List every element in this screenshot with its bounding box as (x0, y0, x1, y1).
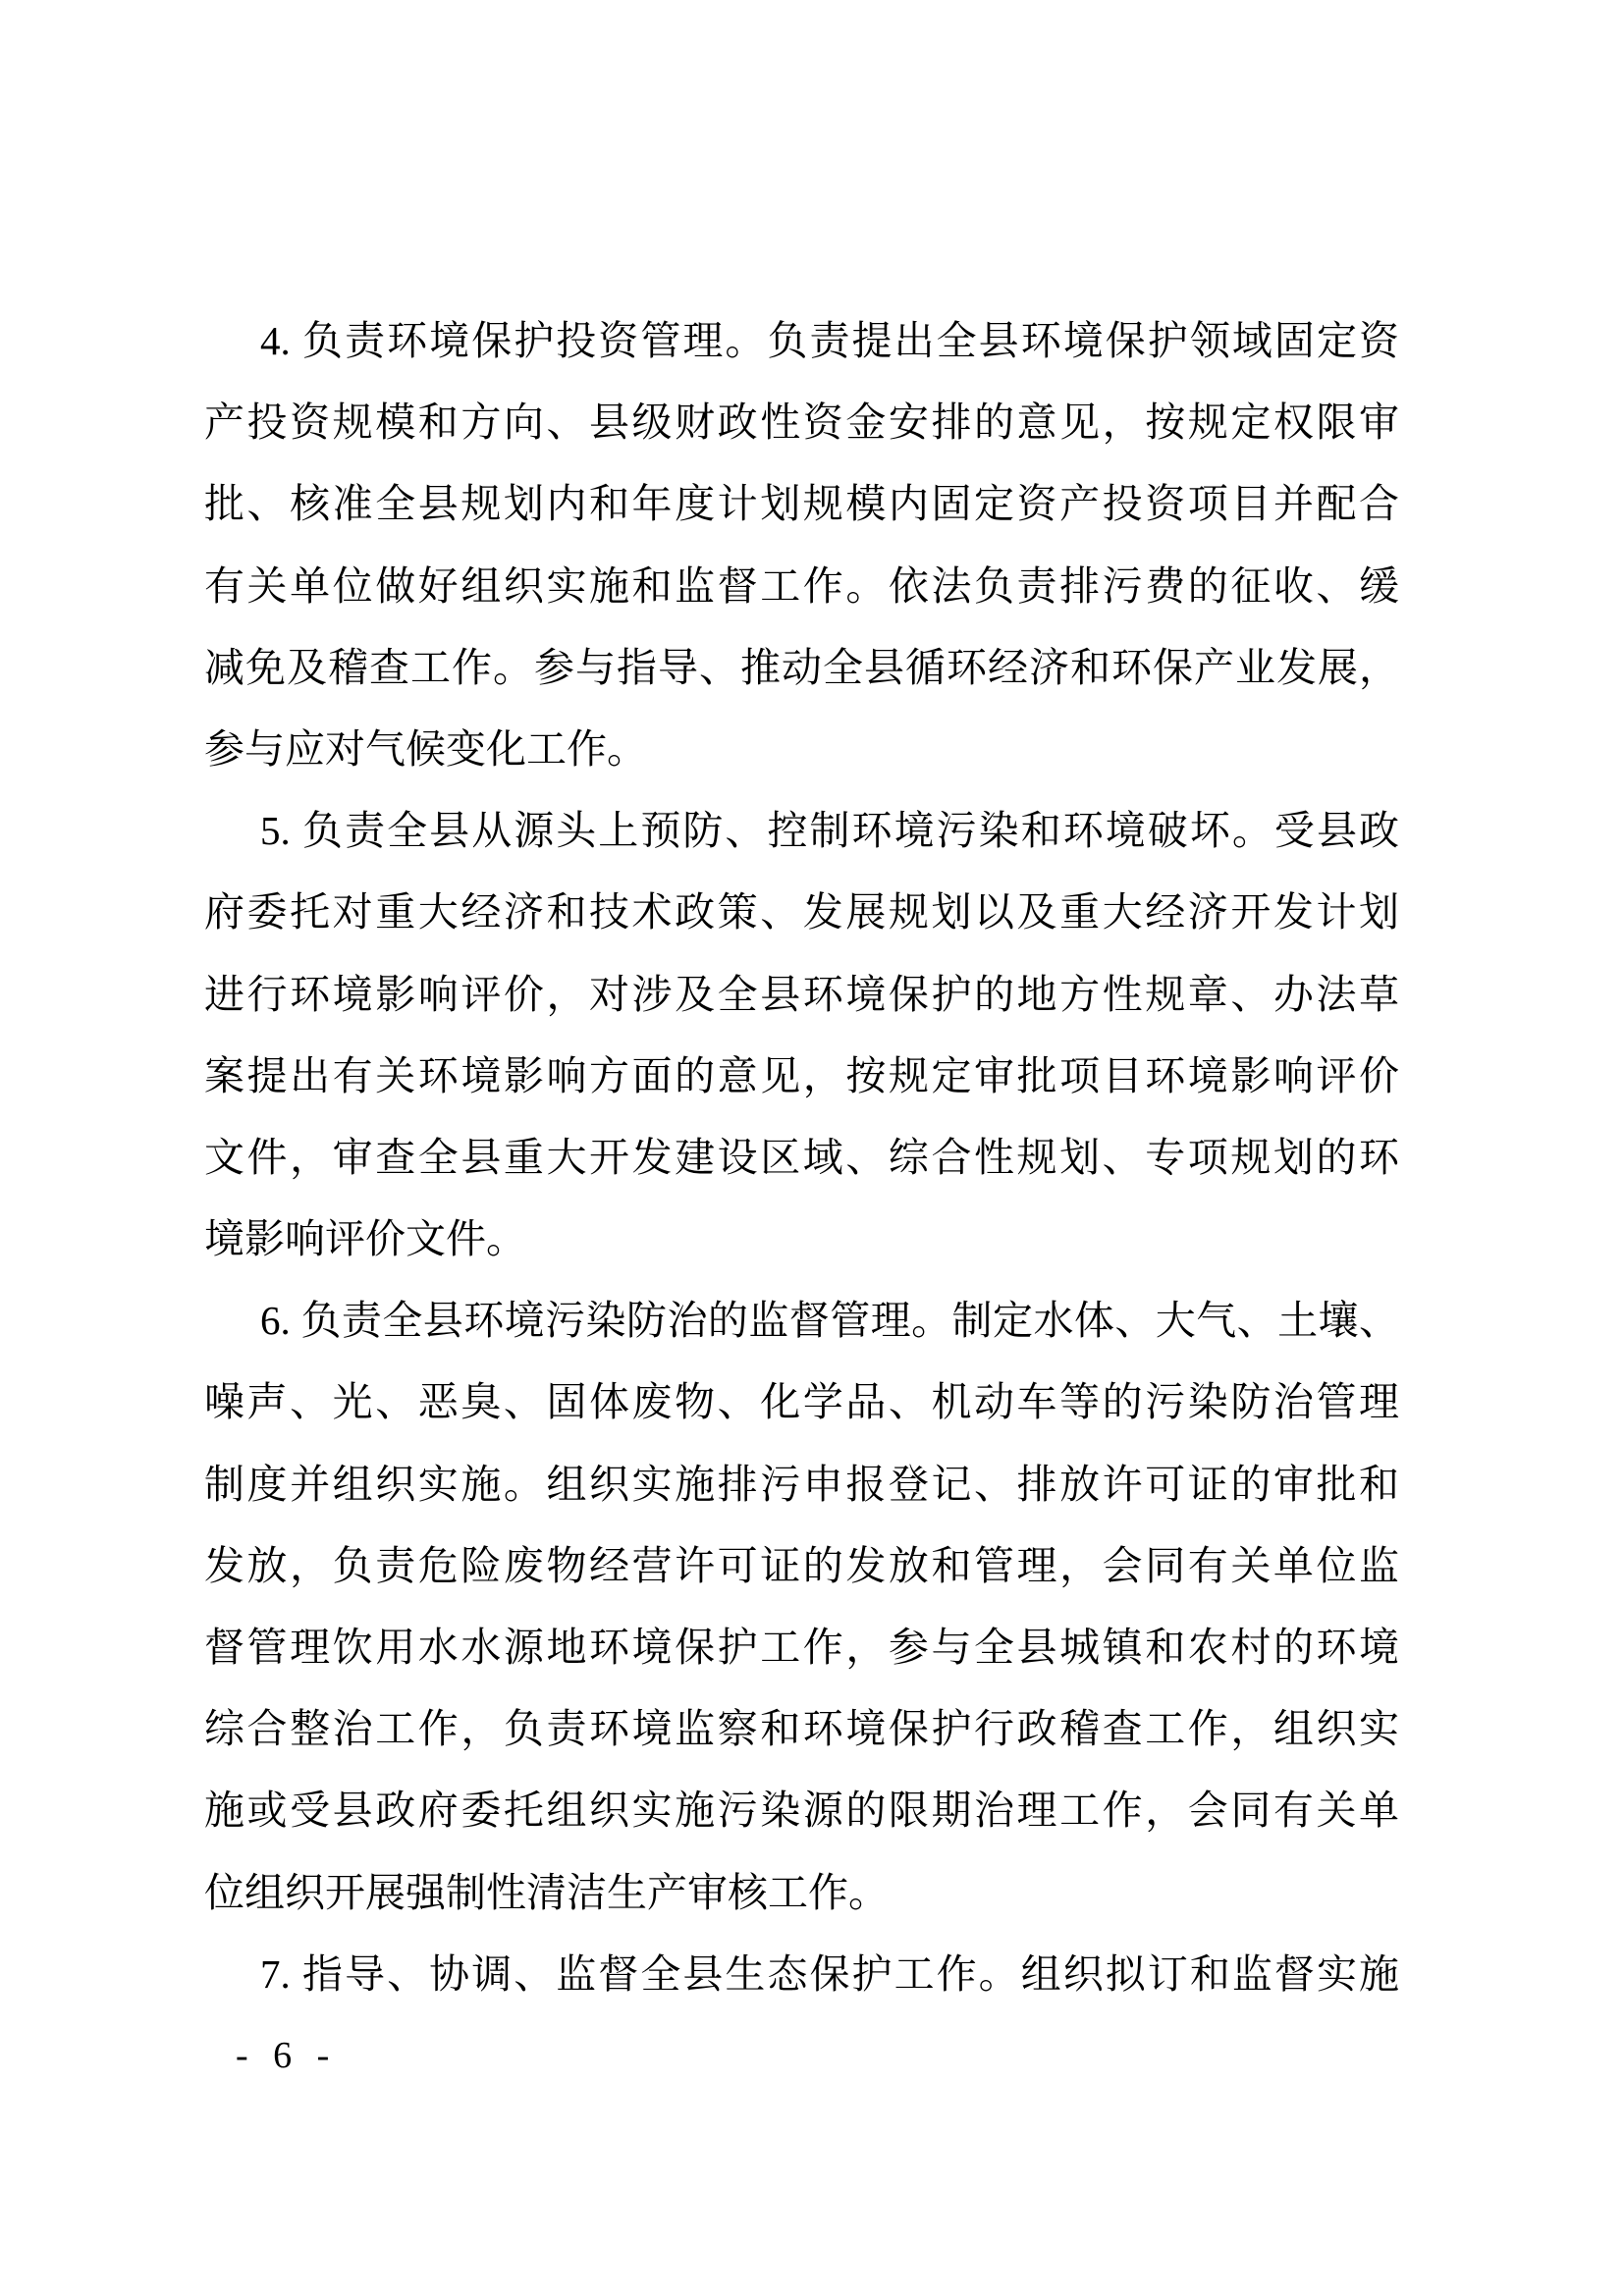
paragraph-item-6: 6. 负责全县环境污染防治的监督管理。制定水体、大气、土壤、噪声、光、恶臭、固体… (204, 1280, 1399, 1934)
paragraph-item-5: 5. 负责全县从源头上预防、控制环境污染和环境破坏。受县政府委托对重大经济和技术… (204, 790, 1399, 1280)
text-line: 进行环境影响评价，对涉及全县环境保护的地方性规章、办法草 (204, 954, 1399, 1036)
text-line: 府委托对重大经济和技术政策、发展规划以及重大经济开发计划 (204, 872, 1399, 953)
text-line: 文件，审查全县重大开发建设区域、综合性规划、专项规划的环 (204, 1117, 1399, 1199)
text-line: 参与应对气候变化工作。 (204, 709, 1399, 790)
text-line: 制度并组织实施。组织实施排污申报登记、排放许可证的审批和 (204, 1444, 1399, 1525)
text-line: 案提出有关环境影响方面的意见，按规定审批项目环境影响评价 (204, 1036, 1399, 1117)
paragraph-item-7: 7. 指导、协调、监督全县生态保护工作。组织拟订和监督实施 (204, 1934, 1399, 2015)
text-line: 4. 负责环境保护投资管理。负责提出全县环境保护领域固定资 (204, 300, 1399, 382)
text-line: 境影响评价文件。 (204, 1199, 1399, 1280)
text-line: 6. 负责全县环境污染防治的监督管理。制定水体、大气、土壤、 (204, 1280, 1399, 1362)
text-line: 位组织开展强制性清洁生产审核工作。 (204, 1852, 1399, 1934)
page-number: - 6 - (236, 2034, 337, 2077)
text-line: 减免及稽查工作。参与指导、推动全县循环经济和环保产业发展， (204, 627, 1399, 709)
document-page: 4. 负责环境保护投资管理。负责提出全县环境保护领域固定资产投资规模和方向、县级… (0, 0, 1624, 2296)
text-line: 5. 负责全县从源头上预防、控制环境污染和环境破坏。受县政 (204, 790, 1399, 872)
text-line: 发放，负责危险废物经营许可证的发放和管理，会同有关单位监 (204, 1525, 1399, 1607)
paragraph-item-4: 4. 负责环境保护投资管理。负责提出全县环境保护领域固定资产投资规模和方向、县级… (204, 300, 1399, 790)
text-line: 督管理饮用水水源地环境保护工作，参与全县城镇和农村的环境 (204, 1607, 1399, 1688)
text-line: 噪声、光、恶臭、固体废物、化学品、机动车等的污染防治管理 (204, 1362, 1399, 1443)
text-line: 7. 指导、协调、监督全县生态保护工作。组织拟订和监督实施 (204, 1934, 1399, 2015)
text-line: 产投资规模和方向、县级财政性资金安排的意见，按规定权限审 (204, 382, 1399, 463)
document-body: 4. 负责环境保护投资管理。负责提出全县环境保护领域固定资产投资规模和方向、县级… (204, 300, 1399, 2015)
text-line: 批、核准全县规划内和年度计划规模内固定资产投资项目并配合 (204, 463, 1399, 545)
text-line: 施或受县政府委托组织实施污染源的限期治理工作，会同有关单 (204, 1770, 1399, 1851)
text-line: 有关单位做好组织实施和监督工作。依法负责排污费的征收、缓 (204, 546, 1399, 627)
text-line: 综合整治工作，负责环境监察和环境保护行政稽查工作，组织实 (204, 1688, 1399, 1770)
